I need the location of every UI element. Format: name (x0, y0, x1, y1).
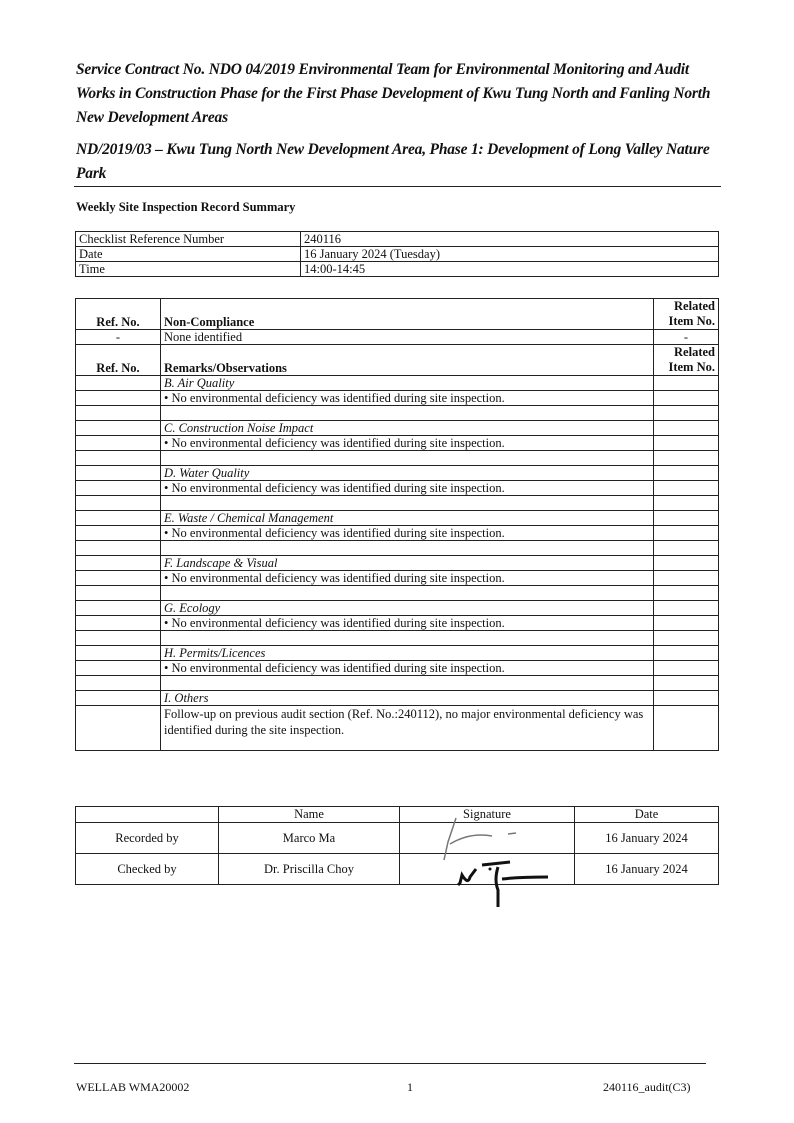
date-cell: 16 January 2024 (575, 854, 719, 885)
col-header-related: RelatedItem No. (654, 345, 719, 376)
table-row: • No environmental deficiency was identi… (76, 616, 719, 631)
table-row (76, 496, 719, 511)
name-cell: Marco Ma (219, 823, 400, 854)
table-row: F. Landscape & Visual (76, 556, 719, 571)
remarks-header-row: Ref. No. Remarks/Observations RelatedIte… (76, 345, 719, 376)
remark-item: • No environmental deficiency was identi… (161, 571, 654, 586)
table-row: I. Others (76, 691, 719, 706)
info-label: Date (76, 247, 301, 262)
blank-cell (161, 586, 654, 601)
contract-title: Service Contract No. NDO 04/2019 Environ… (76, 58, 716, 130)
section-heading: F. Landscape & Visual (161, 556, 654, 571)
table-row: Time14:00-14:45 (76, 262, 719, 277)
blank-cell (161, 406, 654, 421)
noncompliance-header-row: Ref. No. Non-Compliance RelatedItem No. (76, 299, 719, 330)
col-header-remarks: Remarks/Observations (161, 345, 654, 376)
table-row: Recorded by Marco Ma 16 January 2024 (76, 823, 719, 854)
table-row: B. Air Quality (76, 376, 719, 391)
inspection-info-table: Checklist Reference Number240116 Date16 … (75, 231, 719, 277)
role-cell: Recorded by (76, 823, 219, 854)
section-heading: D. Water Quality (161, 466, 654, 481)
table-row: Date16 January 2024 (Tuesday) (76, 247, 719, 262)
project-title: ND/2019/03 – Kwu Tung North New Developm… (76, 138, 716, 186)
remark-item: • No environmental deficiency was identi… (161, 481, 654, 496)
table-row: H. Permits/Licences (76, 646, 719, 661)
table-row: • No environmental deficiency was identi… (76, 661, 719, 676)
table-row: • No environmental deficiency was identi… (76, 526, 719, 541)
remark-item: • No environmental deficiency was identi… (161, 616, 654, 631)
table-row: • No environmental deficiency was identi… (76, 571, 719, 586)
section-heading: H. Permits/Licences (161, 646, 654, 661)
role-cell: Checked by (76, 854, 219, 885)
checklist-ref-value: 240116 (301, 232, 719, 247)
signature-cell (400, 854, 575, 885)
section-heading: C. Construction Noise Impact (161, 421, 654, 436)
page-number: 1 (407, 1080, 413, 1095)
table-row (76, 676, 719, 691)
blank-cell (161, 496, 654, 511)
table-row: Follow-up on previous audit section (Ref… (76, 706, 719, 751)
remark-item: • No environmental deficiency was identi… (161, 391, 654, 406)
table-row: D. Water Quality (76, 466, 719, 481)
table-row (76, 586, 719, 601)
table-row: Checklist Reference Number240116 (76, 232, 719, 247)
col-header-name: Name (219, 807, 400, 823)
section-title: Weekly Site Inspection Record Summary (76, 200, 295, 215)
remark-item: • No environmental deficiency was identi… (161, 526, 654, 541)
footer-right: 240116_audit(C3) (603, 1080, 691, 1095)
footer-divider (74, 1063, 706, 1064)
blank-cell (161, 451, 654, 466)
table-row (76, 406, 719, 421)
document-header: Service Contract No. NDO 04/2019 Environ… (76, 58, 716, 186)
findings-table: Ref. No. Non-Compliance RelatedItem No. … (75, 298, 719, 751)
section-heading: E. Waste / Chemical Management (161, 511, 654, 526)
table-row: - None identified - (76, 330, 719, 345)
blank-cell (161, 631, 654, 646)
time-value: 14:00-14:45 (301, 262, 719, 277)
section-heading: B. Air Quality (161, 376, 654, 391)
signoff-table: Name Signature Date Recorded by Marco Ma… (75, 806, 719, 885)
col-header-date: Date (575, 807, 719, 823)
noncompliance-cell: None identified (161, 330, 654, 345)
table-row: • No environmental deficiency was identi… (76, 436, 719, 451)
remark-item: • No environmental deficiency was identi… (161, 661, 654, 676)
col-header-ref: Ref. No. (76, 299, 161, 330)
table-row: • No environmental deficiency was identi… (76, 391, 719, 406)
date-value: 16 January 2024 (Tuesday) (301, 247, 719, 262)
signoff-header-row: Name Signature Date (76, 807, 719, 823)
col-header-noncompliance: Non-Compliance (161, 299, 654, 330)
table-row: E. Waste / Chemical Management (76, 511, 719, 526)
remark-item: • No environmental deficiency was identi… (161, 436, 654, 451)
table-row (76, 541, 719, 556)
col-header-related: RelatedItem No. (654, 299, 719, 330)
info-label: Time (76, 262, 301, 277)
table-row: C. Construction Noise Impact (76, 421, 719, 436)
name-cell: Dr. Priscilla Choy (219, 854, 400, 885)
info-label: Checklist Reference Number (76, 232, 301, 247)
table-row (76, 631, 719, 646)
signature-cell (400, 823, 575, 854)
blank-cell (161, 541, 654, 556)
col-header-signature: Signature (400, 807, 575, 823)
related-cell: - (654, 330, 719, 345)
others-remark: Follow-up on previous audit section (Ref… (161, 706, 654, 751)
date-cell: 16 January 2024 (575, 823, 719, 854)
table-row (76, 451, 719, 466)
section-heading: I. Others (161, 691, 654, 706)
section-heading: G. Ecology (161, 601, 654, 616)
table-row: • No environmental deficiency was identi… (76, 481, 719, 496)
ref-cell: - (76, 330, 161, 345)
footer-left: WELLAB WMA20002 (76, 1080, 189, 1095)
table-row: G. Ecology (76, 601, 719, 616)
header-divider (74, 186, 721, 187)
table-row: Checked by Dr. Priscilla Choy 16 January… (76, 854, 719, 885)
col-header-ref: Ref. No. (76, 345, 161, 376)
